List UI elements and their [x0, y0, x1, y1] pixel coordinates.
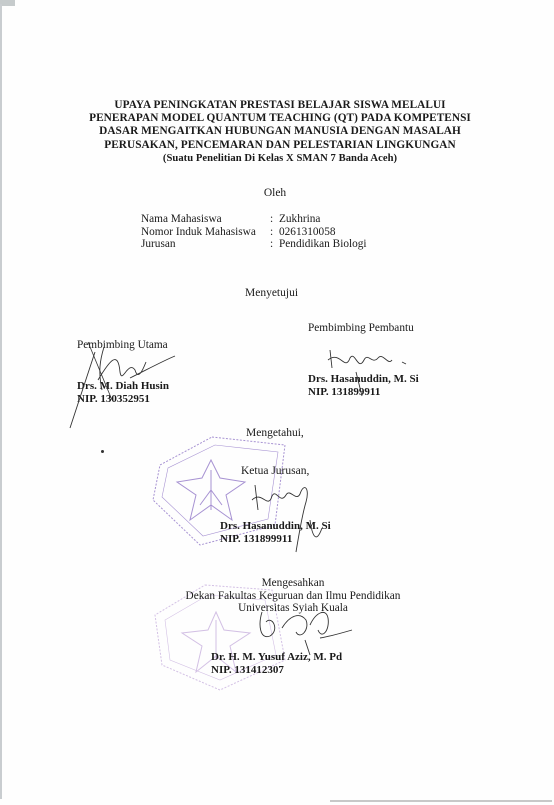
ratification-role: Dekan Fakultas Keguruan dan Ilmu Pendidi… — [148, 590, 438, 603]
title-line: PENERAPAN MODEL QUANTUM TEACHING (QT) PA… — [60, 112, 500, 125]
dean-name: Dr. H. M. Yusuf Aziz, M. Pd — [211, 651, 342, 664]
head-name: Drs. Hasanuddin, M. Si — [220, 520, 331, 533]
title-line: PERUSAKAN, PENCEMARAN DAN PELESTARIAN LI… — [60, 139, 500, 152]
assistant-supervisor-name: Drs. Hasanuddin, M. Si — [308, 373, 419, 386]
title-line: DASAR MENGAITKAN HUBUNGAN MANUSIA DENGAN… — [60, 125, 500, 138]
dean-nip: NIP. 131412307 — [211, 664, 342, 677]
head-role: Ketua Jurusan, — [241, 465, 309, 477]
assistant-supervisor-nip: NIP. 131899911 — [308, 386, 419, 399]
info-label: Jurusan — [141, 238, 270, 251]
document-title: UPAYA PENINGKATAN PRESTASI BELAJAR SISWA… — [60, 99, 500, 165]
student-info: Nama Mahasiswa : Zukhrina Nomor Induk Ma… — [141, 213, 367, 251]
assistant-supervisor-role: Pembimbing Pembantu — [308, 322, 414, 334]
main-supervisor-nip: NIP. 130352951 — [77, 393, 169, 406]
ratification-label: Mengesahkan — [148, 577, 438, 590]
dean-block: Dr. H. M. Yusuf Aziz, M. Pd NIP. 1314123… — [211, 651, 342, 677]
info-row: Jurusan : Pendidikan Biologi — [141, 238, 367, 251]
scan-edge-bottom — [330, 800, 552, 802]
title-line: UPAYA PENINGKATAN PRESTASI BELAJAR SISWA… — [60, 99, 500, 112]
head-block: Drs. Hasanuddin, M. Si NIP. 131899911 — [220, 520, 331, 546]
info-value: 0261310058 — [279, 226, 335, 239]
scan-edge-left — [0, 4, 2, 799]
info-label: Nomor Induk Mahasiswa — [141, 226, 270, 239]
document-page: UPAYA PENINGKATAN PRESTASI BELAJAR SISWA… — [0, 0, 554, 805]
main-supervisor-name: Drs. M. Diah Husin — [77, 380, 169, 393]
approval-label: Menyetujui — [245, 287, 298, 299]
info-separator: : — [270, 213, 279, 226]
head-nip: NIP. 131899911 — [220, 533, 331, 546]
info-row: Nama Mahasiswa : Zukhrina — [141, 213, 367, 226]
document-subtitle: (Suatu Penelitian Di Kelas X SMAN 7 Band… — [60, 152, 500, 165]
info-separator: : — [270, 238, 279, 251]
stray-mark — [101, 450, 104, 453]
main-supervisor-role: Pembimbing Utama — [77, 339, 168, 351]
acknowledged-label: Mengetahui, — [246, 427, 304, 439]
info-label: Nama Mahasiswa — [141, 213, 270, 226]
ratification-institution: Universitas Syiah Kuala — [148, 602, 438, 615]
info-value: Zukhrina — [279, 213, 320, 226]
ratification-block: Mengesahkan Dekan Fakultas Keguruan dan … — [148, 577, 438, 615]
assistant-supervisor-block: Drs. Hasanuddin, M. Si NIP. 131899911 — [308, 373, 419, 399]
info-separator: : — [270, 226, 279, 239]
by-label: Oleh — [240, 187, 310, 199]
info-value: Pendidikan Biologi — [279, 238, 367, 251]
main-supervisor-block: Drs. M. Diah Husin NIP. 130352951 — [77, 380, 169, 406]
info-row: Nomor Induk Mahasiswa : 0261310058 — [141, 226, 367, 239]
scan-corner — [0, 0, 15, 6]
